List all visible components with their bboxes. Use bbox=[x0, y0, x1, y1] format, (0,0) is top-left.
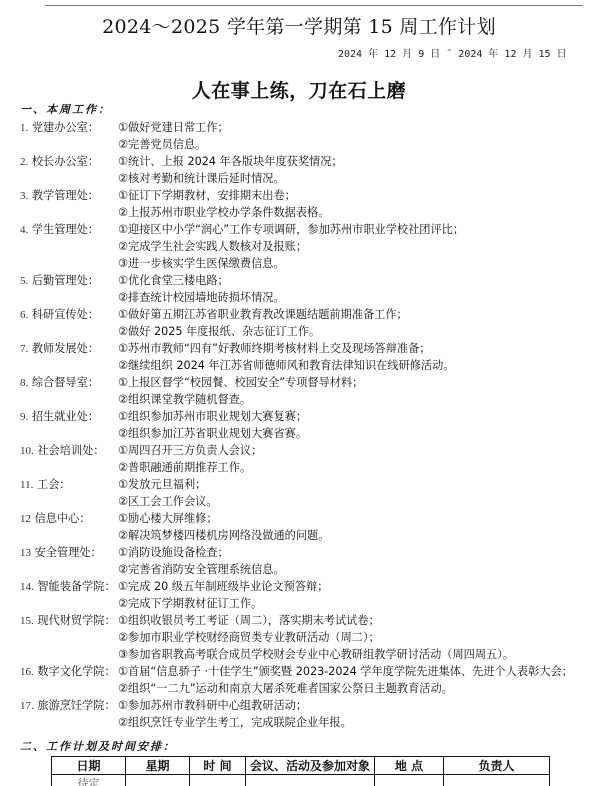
cell-owner bbox=[444, 775, 550, 786]
item-number: 4. bbox=[20, 224, 28, 236]
motto: 人在事上练，刀在石上磨 bbox=[0, 76, 598, 103]
work-item: 2. 校长办公室：①统计、上报 2024 年各版块年度获奖情况；②核对考勤和统计… bbox=[0, 153, 598, 187]
task-line: ②做好 2025 年度报纸、杂志征订工作。 bbox=[118, 323, 598, 340]
task-line: ②排查统计校园墙地砖损坏情况。 bbox=[118, 289, 598, 306]
item-number: 11. bbox=[20, 479, 33, 491]
department-label: 3. 教学管理处： bbox=[0, 187, 118, 221]
task-line: ②完成学生社会实践人数核对及报账； bbox=[118, 238, 598, 255]
header-rule bbox=[45, 5, 583, 6]
task-line: ③参加省职教高考联合成员学校财会专业中心教研组教学研讨活动（周四周五）。 bbox=[118, 646, 598, 663]
department-label: 11. 工会： bbox=[0, 476, 118, 510]
task-line: ①参加苏州市教科研中心组教研活动； bbox=[118, 697, 598, 714]
work-item: 16. 数字文化学院：①首届“信息骄子 ·十佳学生”颁奖暨 2023-2024 … bbox=[0, 663, 598, 697]
department-name: 招生就业处： bbox=[32, 410, 99, 423]
col-time: 时 间 bbox=[190, 757, 246, 775]
weekly-work-list: 1. 党建办公室：①做好党建日常工作；②完善党员信息。2. 校长办公室：①统计、… bbox=[0, 119, 598, 731]
task-line: ①首届“信息骄子 ·十佳学生”颁奖暨 2023-2024 学年度学院先进集体、先… bbox=[118, 663, 598, 680]
task-line: ①做好第五期江苏省职业教育教改课题结题前期准备工作； bbox=[118, 306, 598, 323]
schedule-header-row: 日期 星期 时 间 会议、活动及参加对象 地 点 负责人 bbox=[52, 757, 550, 775]
task-list: ①周四召开三方负责人会议；②普职融通前期推荐工作。 bbox=[118, 442, 598, 476]
task-list: ①消防设施设备检查；②完善省消防安全管理系统信息。 bbox=[118, 544, 598, 578]
task-line: ②普职融通前期推荐工作。 bbox=[118, 459, 598, 476]
department-label: 4. 学生管理处： bbox=[0, 221, 118, 272]
item-number: 8. bbox=[20, 377, 28, 389]
task-line: ②组织烹饪专业学生考工，完成联院企业年报。 bbox=[118, 714, 598, 731]
item-number: 1. bbox=[20, 122, 28, 134]
department-label: 5. 后勤管理处： bbox=[0, 272, 118, 306]
work-item: 4. 学生管理处：①迎接区中小学“润心”工作专项调研，参加苏州市职业学校社团评比… bbox=[0, 221, 598, 272]
document-title: 2024～2025 学年第一学期第 15 周工作计划 bbox=[0, 12, 598, 39]
department-name: 教学管理处： bbox=[32, 189, 99, 202]
department-label: 13 安全管理处： bbox=[0, 544, 118, 578]
col-owner: 负责人 bbox=[444, 757, 550, 775]
task-list: ①优化食堂三楼电路；②排查统计校园墙地砖损坏情况。 bbox=[118, 272, 598, 306]
task-line: ①组织参加苏州市职业规划大赛复赛； bbox=[118, 408, 598, 425]
department-label: 8. 综合督导室： bbox=[0, 374, 118, 408]
work-item: 15. 现代财贸学院：①组织收银员考工考证（周二），落实期末考试试卷；②参加市职… bbox=[0, 612, 598, 663]
department-label: 10. 社会培训处： bbox=[0, 442, 118, 476]
task-line: ②解决筑梦楼四楼机房网络没做通的问题。 bbox=[118, 527, 598, 544]
item-number: 5. bbox=[20, 275, 28, 287]
task-line: ③进一步核实学生医保缴费信息。 bbox=[118, 255, 598, 272]
cell-location bbox=[375, 775, 444, 786]
task-line: ①发放元旦福利； bbox=[118, 476, 598, 493]
item-number: 9. bbox=[20, 411, 28, 423]
task-line: ②组织参加江苏省职业规划大赛省赛。 bbox=[118, 425, 598, 442]
task-line: ①迎接区中小学“润心”工作专项调研，参加苏州市职业学校社团评比； bbox=[118, 221, 598, 238]
department-label: 6. 科研宣传处： bbox=[0, 306, 118, 340]
department-name: 科研宣传处： bbox=[32, 308, 99, 321]
task-line: ①完成 20 级五年制班级毕业论文预答辩； bbox=[118, 578, 598, 595]
task-list: ①征订下学期教材，安排期末出卷；②上报苏州市职业学校办学条件数据表格。 bbox=[118, 187, 598, 221]
task-list: ①做好第五期江苏省职业教育教改课题结题前期准备工作；②做好 2025 年度报纸、… bbox=[118, 306, 598, 340]
work-item: 17. 旅游烹饪学院：①参加苏州市教科研中心组教研活动；②组织烹饪专业学生考工，… bbox=[0, 697, 598, 731]
department-name: 教师发展处： bbox=[32, 342, 99, 355]
table-row: 待定 bbox=[52, 775, 550, 786]
department-name: 数字文化学院： bbox=[37, 665, 115, 678]
department-label: 14. 智能装备学院： bbox=[0, 578, 118, 612]
task-line: ①周四召开三方负责人会议； bbox=[118, 442, 598, 459]
task-line: ①统计、上报 2024 年各版块年度获奖情况； bbox=[118, 153, 598, 170]
item-number: 17. bbox=[20, 700, 34, 712]
work-item: 9. 招生就业处：①组织参加苏州市职业规划大赛复赛；②组织参加江苏省职业规划大赛… bbox=[0, 408, 598, 442]
department-label: 9. 招生就业处： bbox=[0, 408, 118, 442]
section-heading-schedule: 二、工作计划及时间安排： bbox=[20, 738, 176, 754]
task-line: ②参加市职业学校财经商贸类专业教研活动（周二）； bbox=[118, 629, 598, 646]
task-line: ①征订下学期教材，安排期末出卷； bbox=[118, 187, 598, 204]
task-list: ①完成 20 级五年制班级毕业论文预答辩；②完成下学期教材征订工作。 bbox=[118, 578, 598, 612]
work-item: 12 信息中心：①励心楼大屏维修；②解决筑梦楼四楼机房网络没做通的问题。 bbox=[0, 510, 598, 544]
task-line: ①优化食堂三楼电路； bbox=[118, 272, 598, 289]
task-line: ①组织收银员考工考证（周二），落实期末考试试卷； bbox=[118, 612, 598, 629]
cell-time bbox=[190, 775, 246, 786]
task-line: ②组织“一二九”运动和南京大屠杀死难者国家公祭日主题教育活动。 bbox=[118, 680, 598, 697]
department-label: 1. 党建办公室： bbox=[0, 119, 118, 153]
task-line: ②核对考勤和统计课后延时情况。 bbox=[118, 170, 598, 187]
task-line: ①做好党建日常工作； bbox=[118, 119, 598, 136]
task-list: ①上报区督学“校园餐、校园安全”专项督导材料；②组织课堂教学随机督查。 bbox=[118, 374, 598, 408]
department-label: 15. 现代财贸学院： bbox=[0, 612, 118, 663]
task-list: ①参加苏州市教科研中心组教研活动；②组织烹饪专业学生考工，完成联院企业年报。 bbox=[118, 697, 598, 731]
item-number: 15. bbox=[20, 615, 34, 627]
item-number: 7. bbox=[20, 343, 28, 355]
department-name: 后勤管理处： bbox=[32, 274, 99, 287]
item-number: 10. bbox=[20, 445, 34, 457]
col-location: 地 点 bbox=[375, 757, 444, 775]
department-label: 16. 数字文化学院： bbox=[0, 663, 118, 697]
department-label: 12 信息中心： bbox=[0, 510, 118, 544]
department-label: 17. 旅游烹饪学院： bbox=[0, 697, 118, 731]
department-name: 安全管理处： bbox=[35, 546, 102, 559]
task-line: ②完善省消防安全管理系统信息。 bbox=[118, 561, 598, 578]
date-range: 2024 年 12 月 9 日 ˜ 2024 年 12 月 15 日 bbox=[338, 45, 567, 60]
cell-date: 待定 bbox=[52, 775, 126, 786]
department-name: 现代财贸学院： bbox=[37, 614, 115, 627]
work-item: 1. 党建办公室：①做好党建日常工作；②完善党员信息。 bbox=[0, 119, 598, 153]
work-item: 8. 综合督导室：①上报区督学“校园餐、校园安全”专项督导材料；②组织课堂教学随… bbox=[0, 374, 598, 408]
task-list: ①组织收银员考工考证（周二），落实期末考试试卷；②参加市职业学校财经商贸类专业教… bbox=[118, 612, 598, 663]
work-item: 6. 科研宣传处：①做好第五期江苏省职业教育教改课题结题前期准备工作；②做好 2… bbox=[0, 306, 598, 340]
item-number: 12 bbox=[20, 513, 31, 525]
item-number: 3. bbox=[20, 190, 28, 202]
department-label: 2. 校长办公室： bbox=[0, 153, 118, 187]
task-list: ①苏州市教师“四有”好教师终期考核材料上交及现场答辩准备；②继续组织 2024 … bbox=[118, 340, 598, 374]
section-heading-weekly-work: 一、本周工作： bbox=[20, 101, 111, 117]
department-name: 智能装备学院： bbox=[37, 580, 115, 593]
task-line: ①苏州市教师“四有”好教师终期考核材料上交及现场答辩准备； bbox=[118, 340, 598, 357]
department-label: 7. 教师发展处： bbox=[0, 340, 118, 374]
col-event: 会议、活动及参加对象 bbox=[246, 757, 375, 775]
work-item: 14. 智能装备学院：①完成 20 级五年制班级毕业论文预答辩；②完成下学期教材… bbox=[0, 578, 598, 612]
department-name: 信息中心： bbox=[35, 512, 91, 525]
department-name: 旅游烹饪学院： bbox=[37, 699, 115, 712]
work-item: 11. 工会：①发放元旦福利；②区工会工作会议。 bbox=[0, 476, 598, 510]
task-list: ①首届“信息骄子 ·十佳学生”颁奖暨 2023-2024 学年度学院先进集体、先… bbox=[118, 663, 598, 697]
schedule-table: 日期 星期 时 间 会议、活动及参加对象 地 点 负责人 待定 bbox=[51, 756, 550, 786]
task-line: ②区工会工作会议。 bbox=[118, 493, 598, 510]
department-name: 学生管理处： bbox=[32, 223, 99, 236]
task-list: ①做好党建日常工作；②完善党员信息。 bbox=[118, 119, 598, 153]
item-number: 14. bbox=[20, 581, 34, 593]
item-number: 13 bbox=[20, 547, 31, 559]
cell-weekday bbox=[126, 775, 190, 786]
task-line: ①上报区督学“校园餐、校园安全”专项督导材料； bbox=[118, 374, 598, 391]
task-line: ②完善党员信息。 bbox=[118, 136, 598, 153]
item-number: 2. bbox=[20, 156, 28, 168]
work-item: 7. 教师发展处：①苏州市教师“四有”好教师终期考核材料上交及现场答辩准备；②继… bbox=[0, 340, 598, 374]
department-name: 工会： bbox=[37, 478, 71, 491]
task-list: ①迎接区中小学“润心”工作专项调研，参加苏州市职业学校社团评比；②完成学生社会实… bbox=[118, 221, 598, 272]
task-list: ①发放元旦福利；②区工会工作会议。 bbox=[118, 476, 598, 510]
task-line: ②继续组织 2024 年江苏省师德师风和教育法律知识在线研修活动。 bbox=[118, 357, 598, 374]
item-number: 6. bbox=[20, 309, 28, 321]
work-item: 5. 后勤管理处：①优化食堂三楼电路；②排查统计校园墙地砖损坏情况。 bbox=[0, 272, 598, 306]
task-line: ②完成下学期教材征订工作。 bbox=[118, 595, 598, 612]
task-line: ①励心楼大屏维修； bbox=[118, 510, 598, 527]
col-weekday: 星期 bbox=[126, 757, 190, 775]
task-list: ①励心楼大屏维修；②解决筑梦楼四楼机房网络没做通的问题。 bbox=[118, 510, 598, 544]
department-name: 校长办公室： bbox=[32, 155, 99, 168]
work-item: 13 安全管理处：①消防设施设备检查；②完善省消防安全管理系统信息。 bbox=[0, 544, 598, 578]
task-line: ①消防设施设备检查； bbox=[118, 544, 598, 561]
task-line: ②组织课堂教学随机督查。 bbox=[118, 391, 598, 408]
task-line: ②上报苏州市职业学校办学条件数据表格。 bbox=[118, 204, 598, 221]
cell-event bbox=[246, 775, 375, 786]
item-number: 16. bbox=[20, 666, 34, 678]
work-item: 10. 社会培训处：①周四召开三方负责人会议；②普职融通前期推荐工作。 bbox=[0, 442, 598, 476]
task-list: ①组织参加苏州市职业规划大赛复赛；②组织参加江苏省职业规划大赛省赛。 bbox=[118, 408, 598, 442]
task-list: ①统计、上报 2024 年各版块年度获奖情况；②核对考勤和统计课后延时情况。 bbox=[118, 153, 598, 187]
department-name: 综合督导室： bbox=[32, 376, 99, 389]
work-item: 3. 教学管理处：①征订下学期教材，安排期末出卷；②上报苏州市职业学校办学条件数… bbox=[0, 187, 598, 221]
department-name: 社会培训处： bbox=[37, 444, 104, 457]
col-date: 日期 bbox=[52, 757, 126, 775]
department-name: 党建办公室： bbox=[32, 121, 99, 134]
